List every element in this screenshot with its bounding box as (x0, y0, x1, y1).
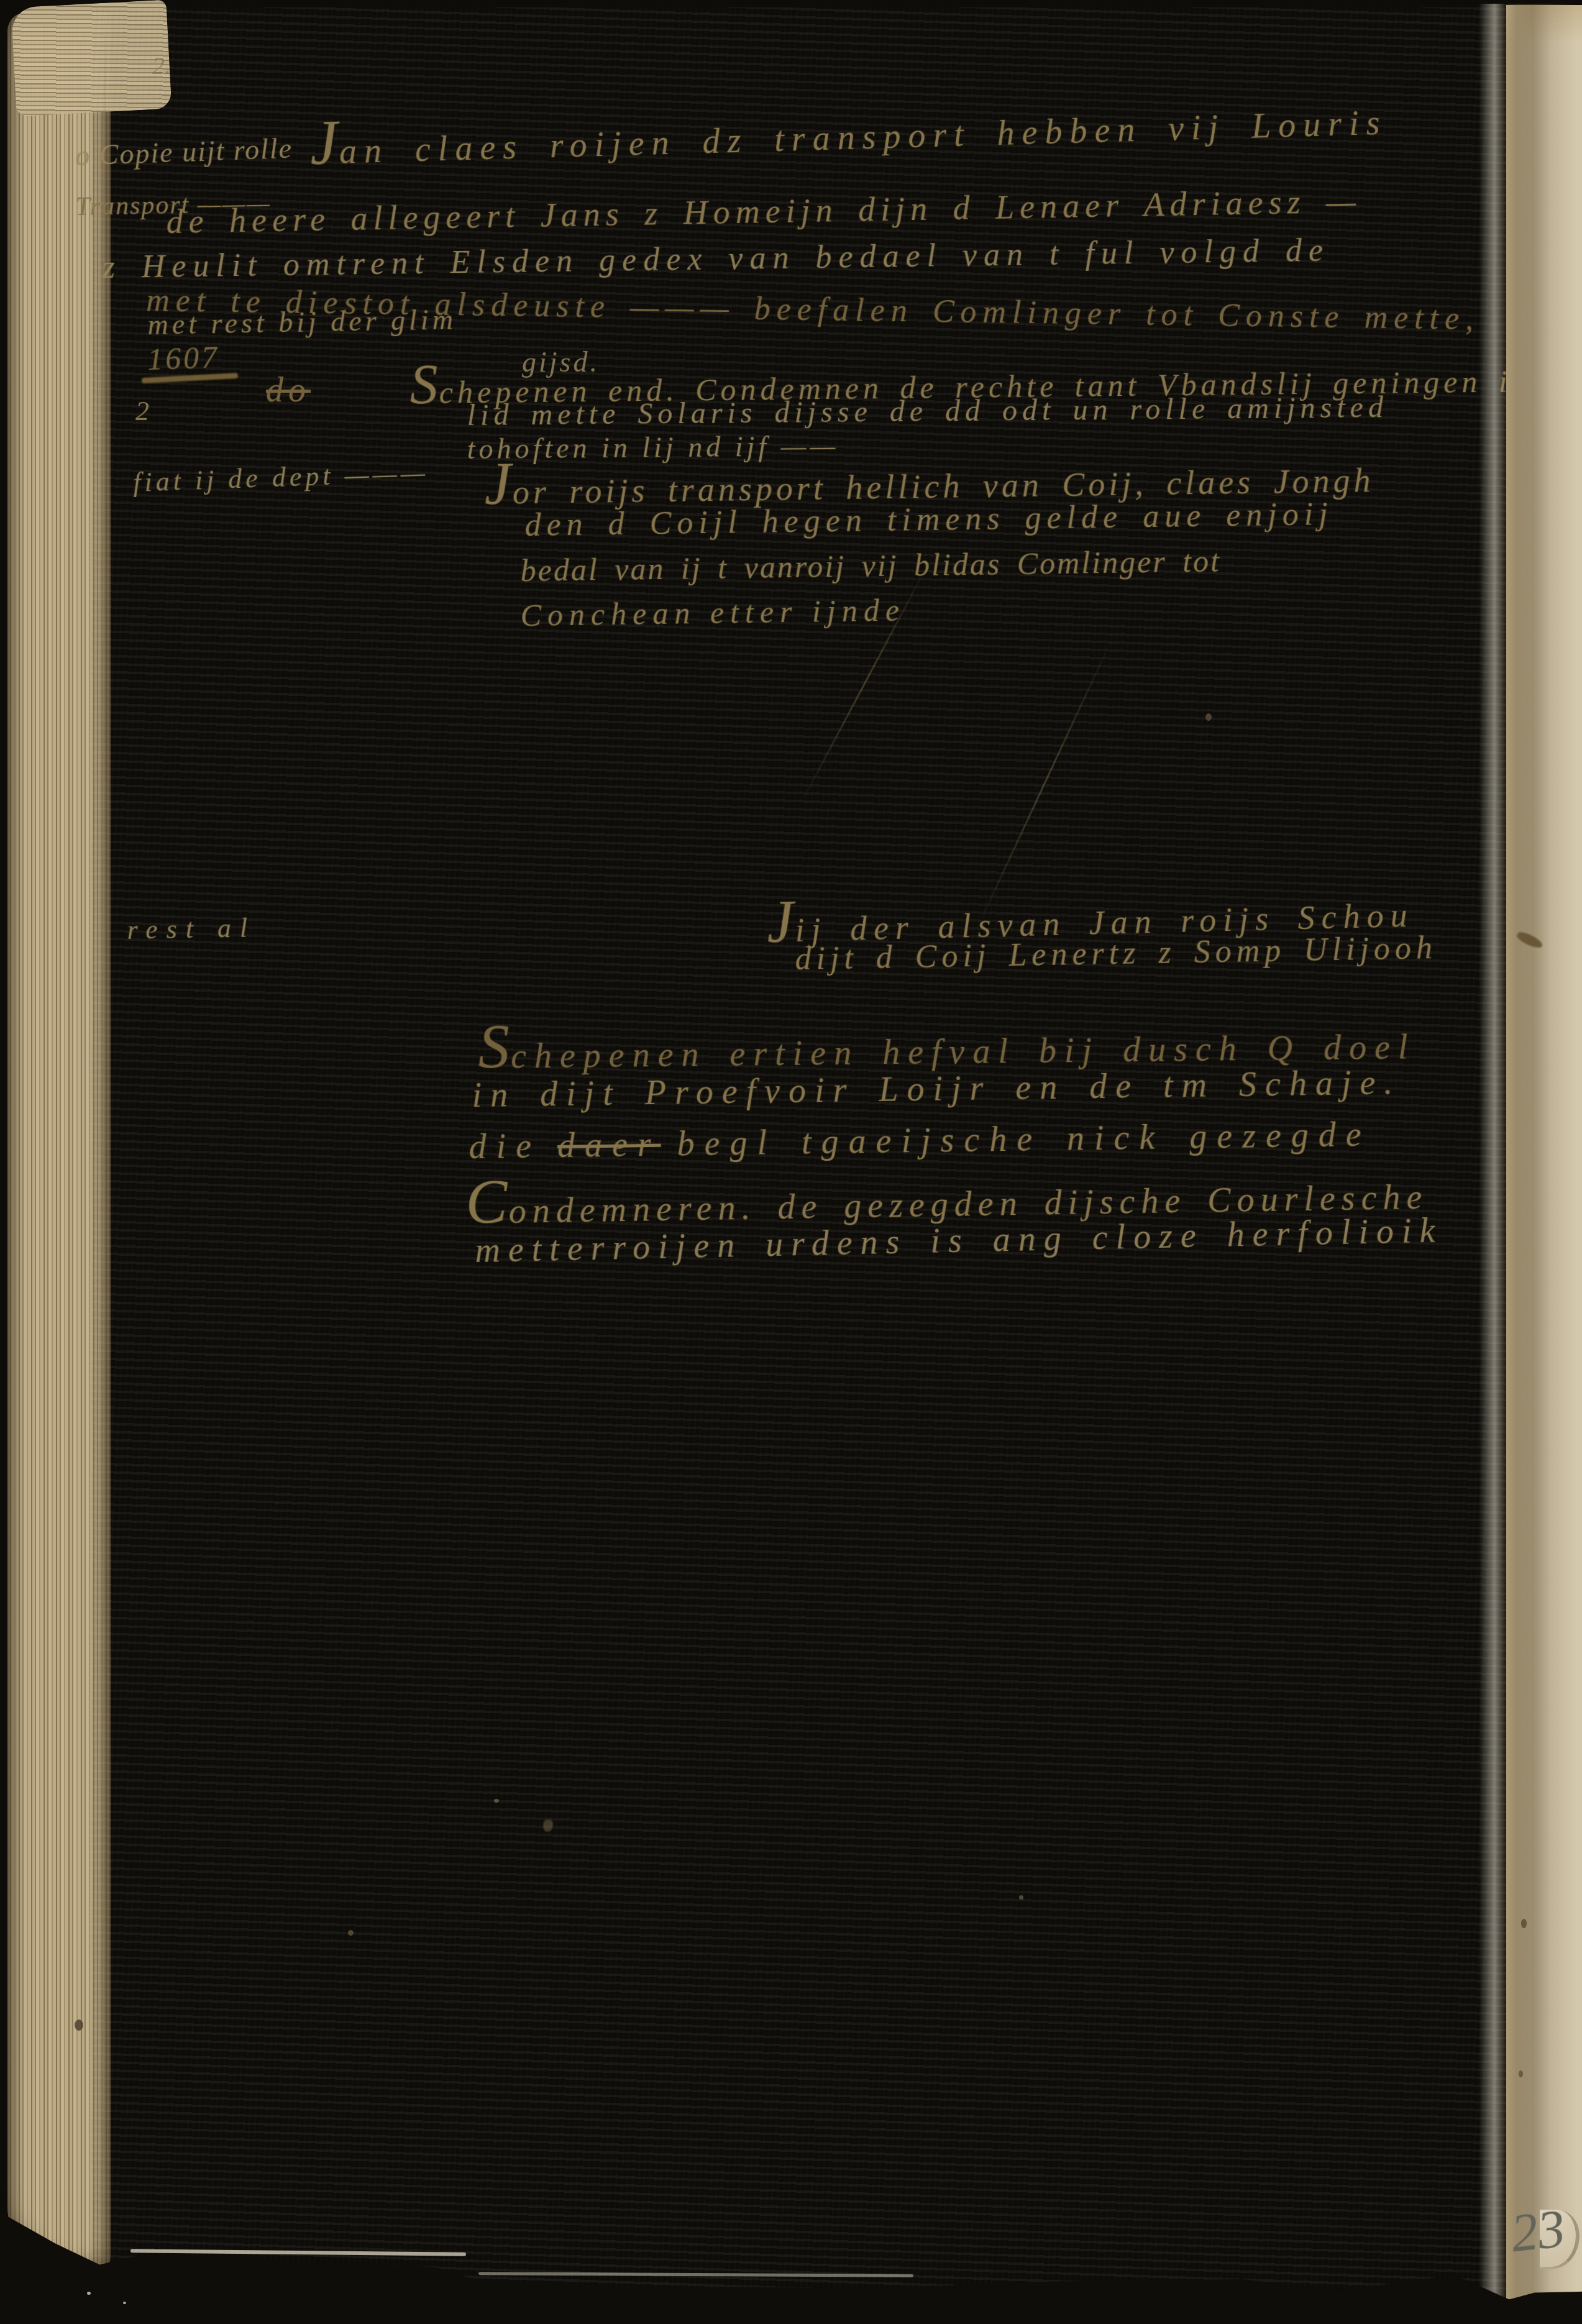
text-line: Conchean etter ijnde (520, 594, 905, 631)
margin-note: o Copie uijt rolle (75, 134, 293, 170)
text-line: met rest bij der glim (147, 305, 457, 339)
folio-number: 23 (1508, 2197, 1568, 2264)
dust-fleck (123, 2302, 126, 2304)
next-folio-edge (1506, 5, 1582, 2299)
paper-speck (494, 1799, 499, 1803)
dust-fleck (87, 2292, 91, 2295)
text-segment: die (469, 1128, 541, 1164)
crease-fleck (1519, 2070, 1523, 2077)
margin-note: 2 (135, 398, 149, 425)
paper-speck (348, 1930, 354, 1936)
leaf-edge-fleck (75, 2020, 83, 2031)
struck-word: do (266, 373, 311, 408)
struck-word: daer (557, 1127, 661, 1163)
faint-corner-mark: 2. (152, 51, 171, 80)
paper-speck (1019, 1895, 1023, 1900)
text-line: lid mette Solaris dijsse de dd odt un ro… (467, 393, 1389, 431)
margin-note: rest al (127, 914, 256, 944)
crease-fleck (1521, 1919, 1527, 1928)
margin-note-year: 1607 (147, 341, 220, 375)
manuscript-photo: 2. o Copie uijt rolle Transport ——— 1607… (0, 0, 1582, 2324)
paper-speck (1205, 713, 1212, 721)
text-segment: begl tgaeijsche nick gezegde (677, 1117, 1371, 1162)
page-fold-shadow (104, 12, 106, 2274)
